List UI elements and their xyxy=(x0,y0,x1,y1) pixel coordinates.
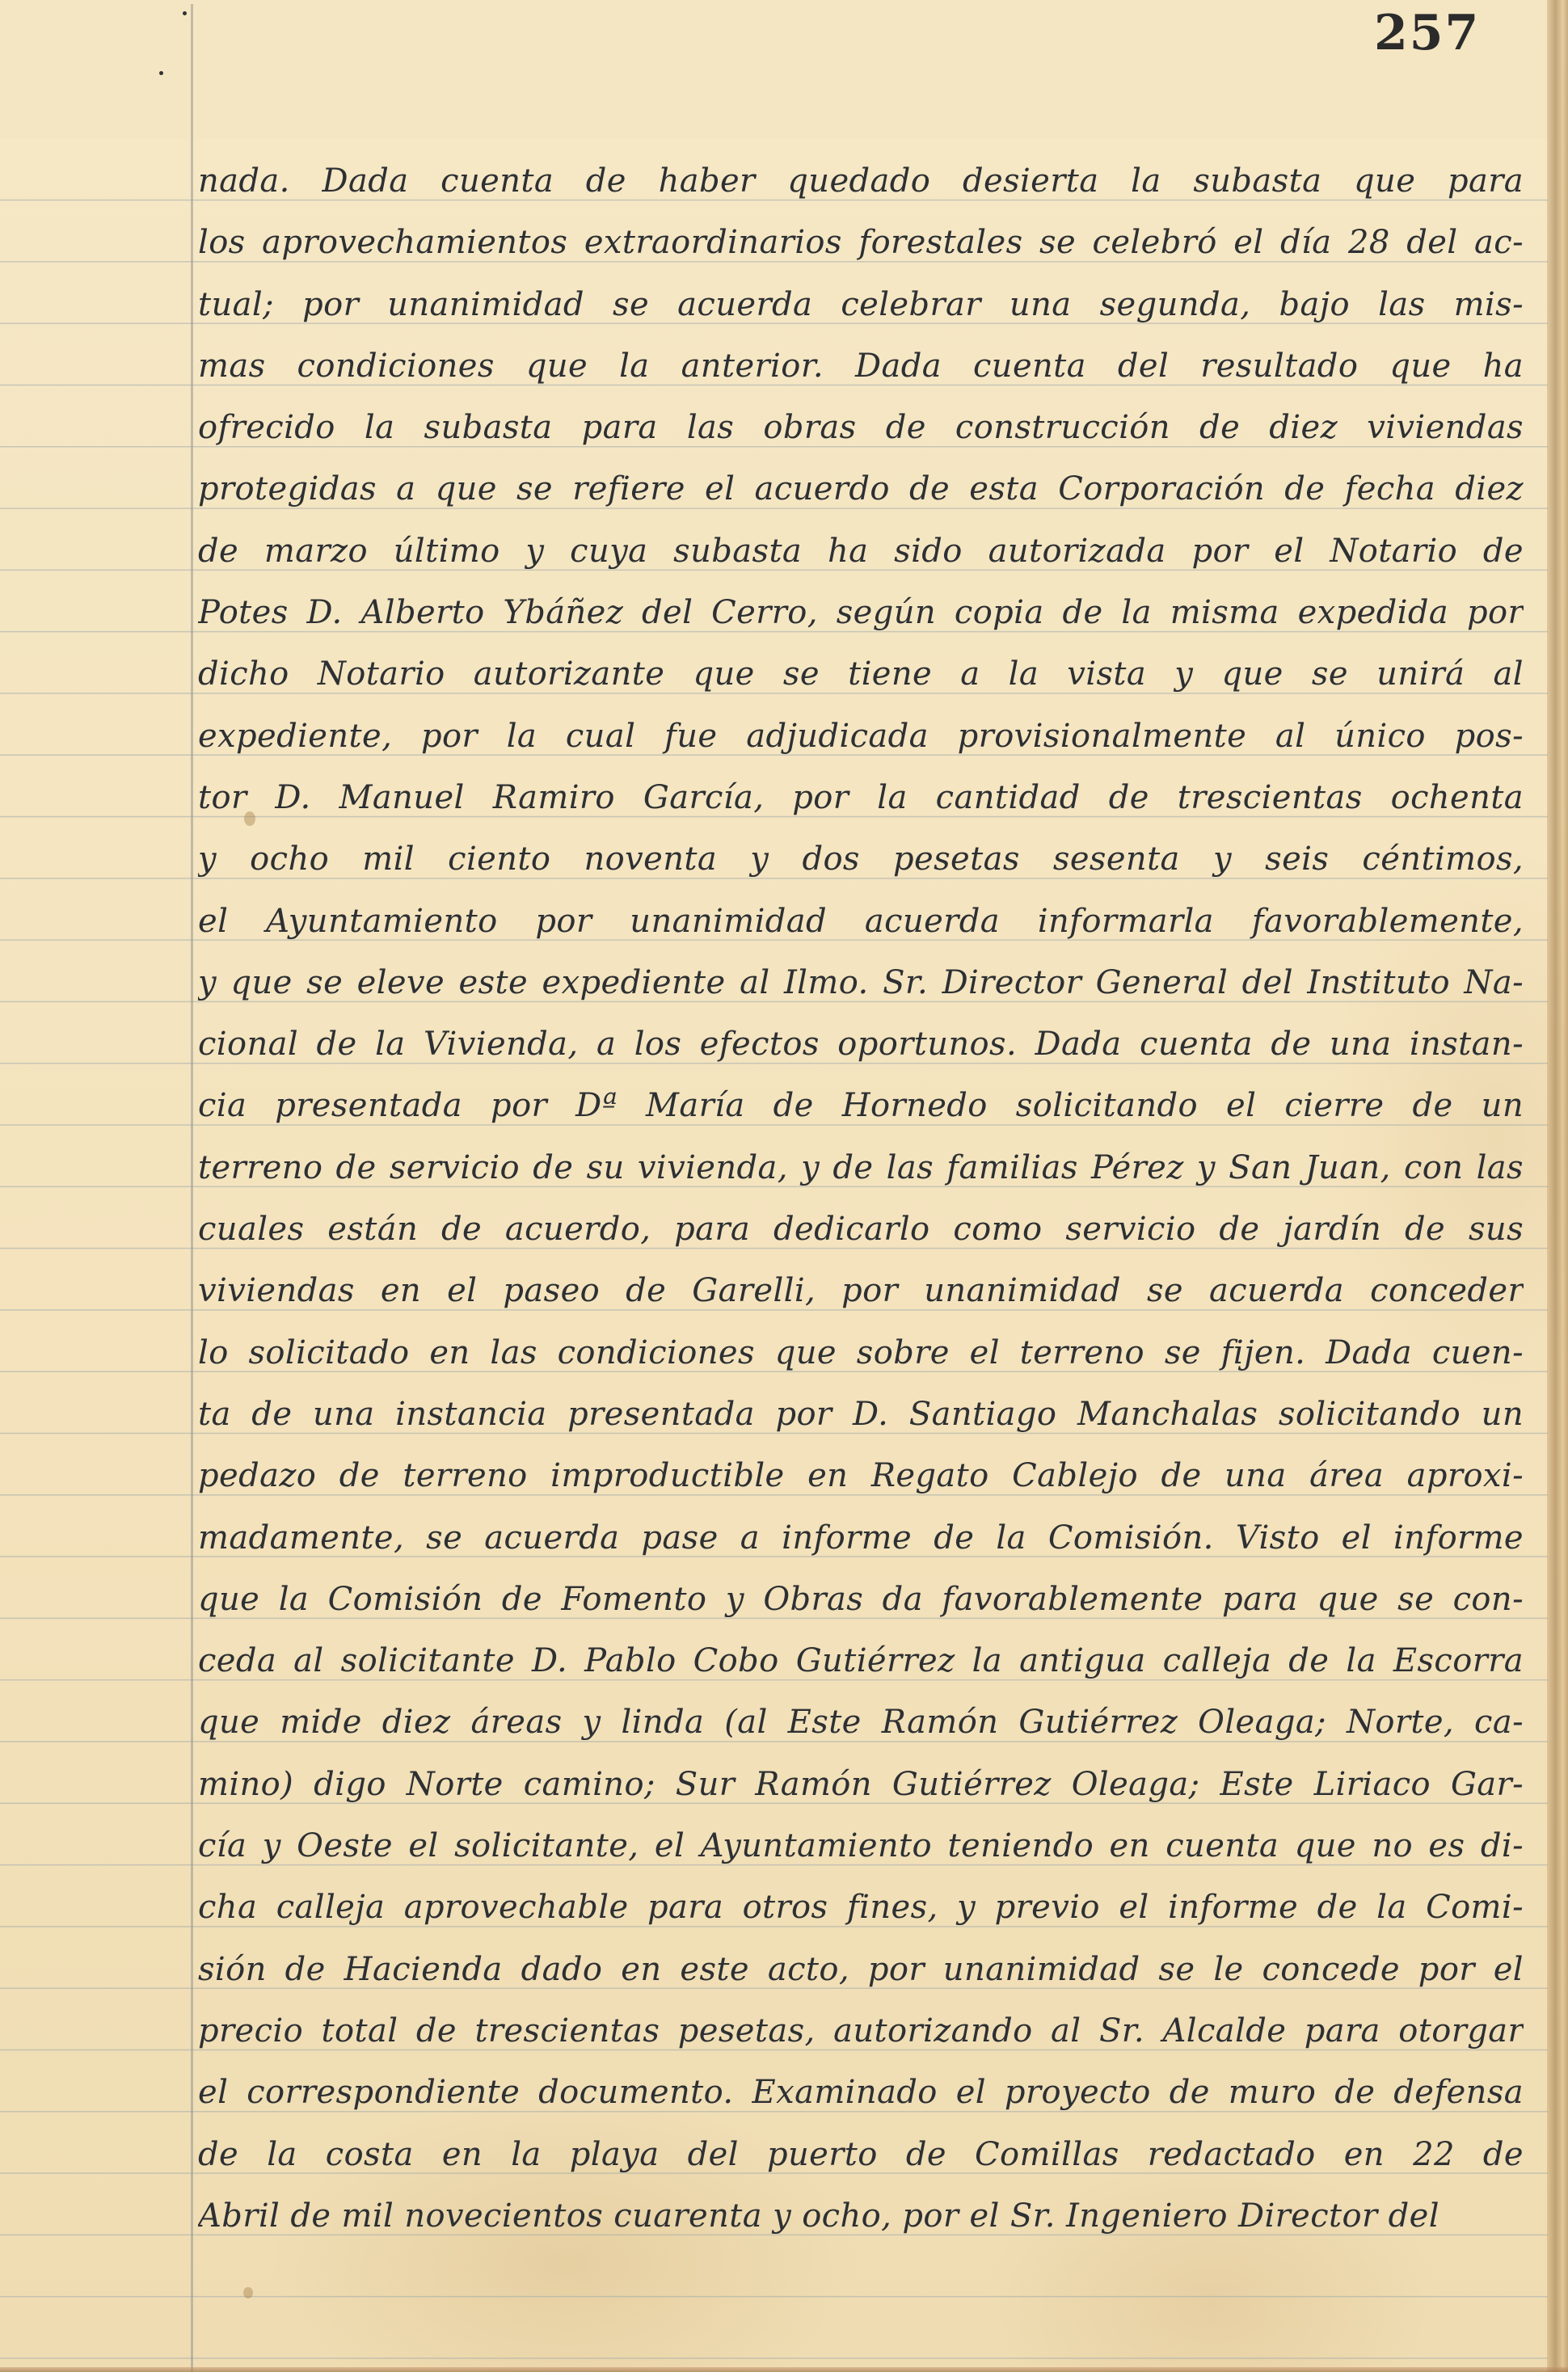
text-line: ofrecido la subasta para las obras de co… xyxy=(198,397,1524,458)
text-line: terreno de servicio de su vivienda, y de… xyxy=(198,1137,1524,1199)
text-line: nada. Dada cuenta de haber quedado desie… xyxy=(198,150,1524,212)
text-line: cuales están de acuerdo, para dedicarlo … xyxy=(198,1199,1524,1260)
text-line: expediente, por la cual fue adjudicada p… xyxy=(198,706,1524,767)
ink-dot xyxy=(183,11,187,15)
text-line: de marzo último y cuya subasta ha sido a… xyxy=(198,520,1524,582)
text-line: ceda al solicitante D. Pablo Cobo Gutiér… xyxy=(198,1630,1524,1692)
page-bottom-edge xyxy=(0,2367,1568,2372)
text-line: ta de una instancia presentada por D. Sa… xyxy=(198,1384,1524,1445)
page-binding-edge xyxy=(1547,0,1568,2372)
text-line: el Ayuntamiento por unanimidad acuerda i… xyxy=(198,891,1524,952)
text-line: pedazo de terreno improductible en Regat… xyxy=(198,1445,1524,1506)
text-line: que mide diez áreas y linda (al Este Ram… xyxy=(198,1692,1524,1753)
text-line: de la costa en la playa del puerto de Co… xyxy=(198,2124,1524,2185)
handwritten-text-block: nada. Dada cuenta de haber quedado desie… xyxy=(198,150,1524,2247)
text-line: cional de la Vivienda, a los efectos opo… xyxy=(198,1013,1524,1075)
margin-line xyxy=(191,4,193,2372)
text-line: cía y Oeste el solicitante, el Ayuntamie… xyxy=(198,1815,1524,1877)
text-line: protegidas a que se refiere el acuerdo d… xyxy=(198,458,1524,520)
text-line: mas condiciones que la anterior. Dada cu… xyxy=(198,335,1524,397)
text-line: y ocho mil ciento noventa y dos pesetas … xyxy=(198,828,1524,890)
text-line: los aprovechamientos extraordinarios for… xyxy=(198,212,1524,273)
text-line: cha calleja aprovechable para otros fine… xyxy=(198,1877,1524,1938)
text-line: precio total de trescientas pesetas, aut… xyxy=(198,2000,1524,2062)
text-line: lo solicitado en las condiciones que sob… xyxy=(198,1322,1524,1384)
paper-stain xyxy=(243,2287,253,2298)
text-line: Abril de mil novecientos cuarenta y ocho… xyxy=(198,2185,1524,2247)
text-line: tor D. Manuel Ramiro García, por la cant… xyxy=(198,767,1524,828)
text-line: tual; por unanimidad se acuerda celebrar… xyxy=(198,274,1524,335)
text-line: sión de Hacienda dado en este acto, por … xyxy=(198,1939,1524,2000)
text-line: dicho Notario autorizante que se tiene a… xyxy=(198,643,1524,705)
ink-dot xyxy=(159,71,163,75)
text-line: cia presentada por Dª María de Hornedo s… xyxy=(198,1075,1524,1136)
text-line: y que se eleve este expediente al Ilmo. … xyxy=(198,952,1524,1013)
text-line: mino) digo Norte camino; Sur Ramón Gutié… xyxy=(198,1754,1524,1815)
text-line: Potes D. Alberto Ybáñez del Cerro, según… xyxy=(198,582,1524,643)
text-line: el correspondiente documento. Examinado … xyxy=(198,2062,1524,2123)
text-line: viviendas en el paseo de Garelli, por un… xyxy=(198,1260,1524,1321)
page-number: 257 xyxy=(1374,5,1480,61)
text-line: madamente, se acuerda pase a informe de … xyxy=(198,1507,1524,1569)
text-line: que la Comisión de Fomento y Obras da fa… xyxy=(198,1569,1524,1630)
manuscript-page: 257 nada. Dada cuenta de haber quedado d… xyxy=(0,0,1568,2372)
